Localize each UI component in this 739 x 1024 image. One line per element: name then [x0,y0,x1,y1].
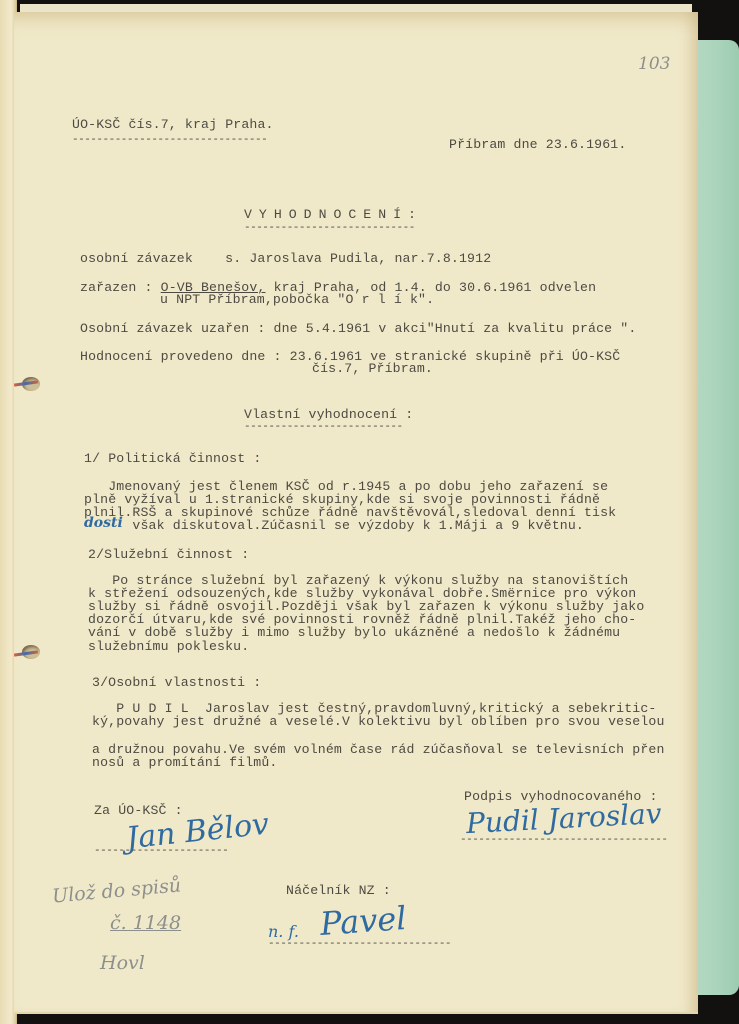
header-date: Příbram dne 23.6.1961. [449,138,626,151]
evaluation-date-line-2: čís.7, Příbram. [312,362,433,375]
pencil-note-line-3: Hovl [100,952,145,974]
divider: -------------------------------- [72,134,267,146]
assigned-label: zařazen : [80,280,153,295]
section-3-heading: 3/Osobní vlastnosti : [92,676,261,689]
chief-label: Náčelník NZ : [286,884,391,897]
section-1-heading: 1/ Politická činnost : [84,452,261,465]
handwritten-insert: dosti [84,515,123,531]
chief-signature: Pavel [319,899,408,943]
signature-line: ---------------------- [94,845,228,857]
page-number: 103 [638,54,670,74]
signature-line: ---------------------------------- [460,834,667,846]
section-2-line: služebnímu poklesku. [88,640,249,653]
section-2-heading: 2/Služební činnost : [88,548,249,561]
section-subtitle: Vlastní vyhodnocení : [244,408,413,421]
assigned-line-2: u NPT Příbram,pobočka "O r l í k". [160,293,434,306]
signature-line: ------------------------------ [268,938,451,950]
signature-left-label: Za ÚO-KSČ : [94,804,183,817]
divider: -------------------------- [244,421,403,433]
section-3-line: ký,povahy jest družné a veselé.V kolekti… [92,715,665,728]
header-organization: ÚO-KSČ čís.7, kraj Praha. [72,118,274,131]
divider: ---------------------------- [244,222,415,234]
document-page: 103 ÚO-KSČ čís.7, kraj Praha. ----------… [14,12,698,1014]
section-3-line: nosů a promítání filmů. [92,756,277,769]
pencil-note-line-2: č. 1148 [110,912,181,934]
document-title: VYHODNOCENÍ: [244,208,423,221]
commitment-closed-line: Osobní závazek uzařen : dne 5.4.1961 v a… [80,322,636,335]
section-2-line: vání v době služby i mimo služby bylo uk… [88,626,620,639]
commitment-line: osobní závazek s. Jaroslava Pudila, nar.… [80,252,491,265]
pencil-note-line-1: Ulož do spisů [51,874,182,907]
section-1-line: však diskutoval.Zúčasnil se výzdoby k 1.… [84,519,584,532]
